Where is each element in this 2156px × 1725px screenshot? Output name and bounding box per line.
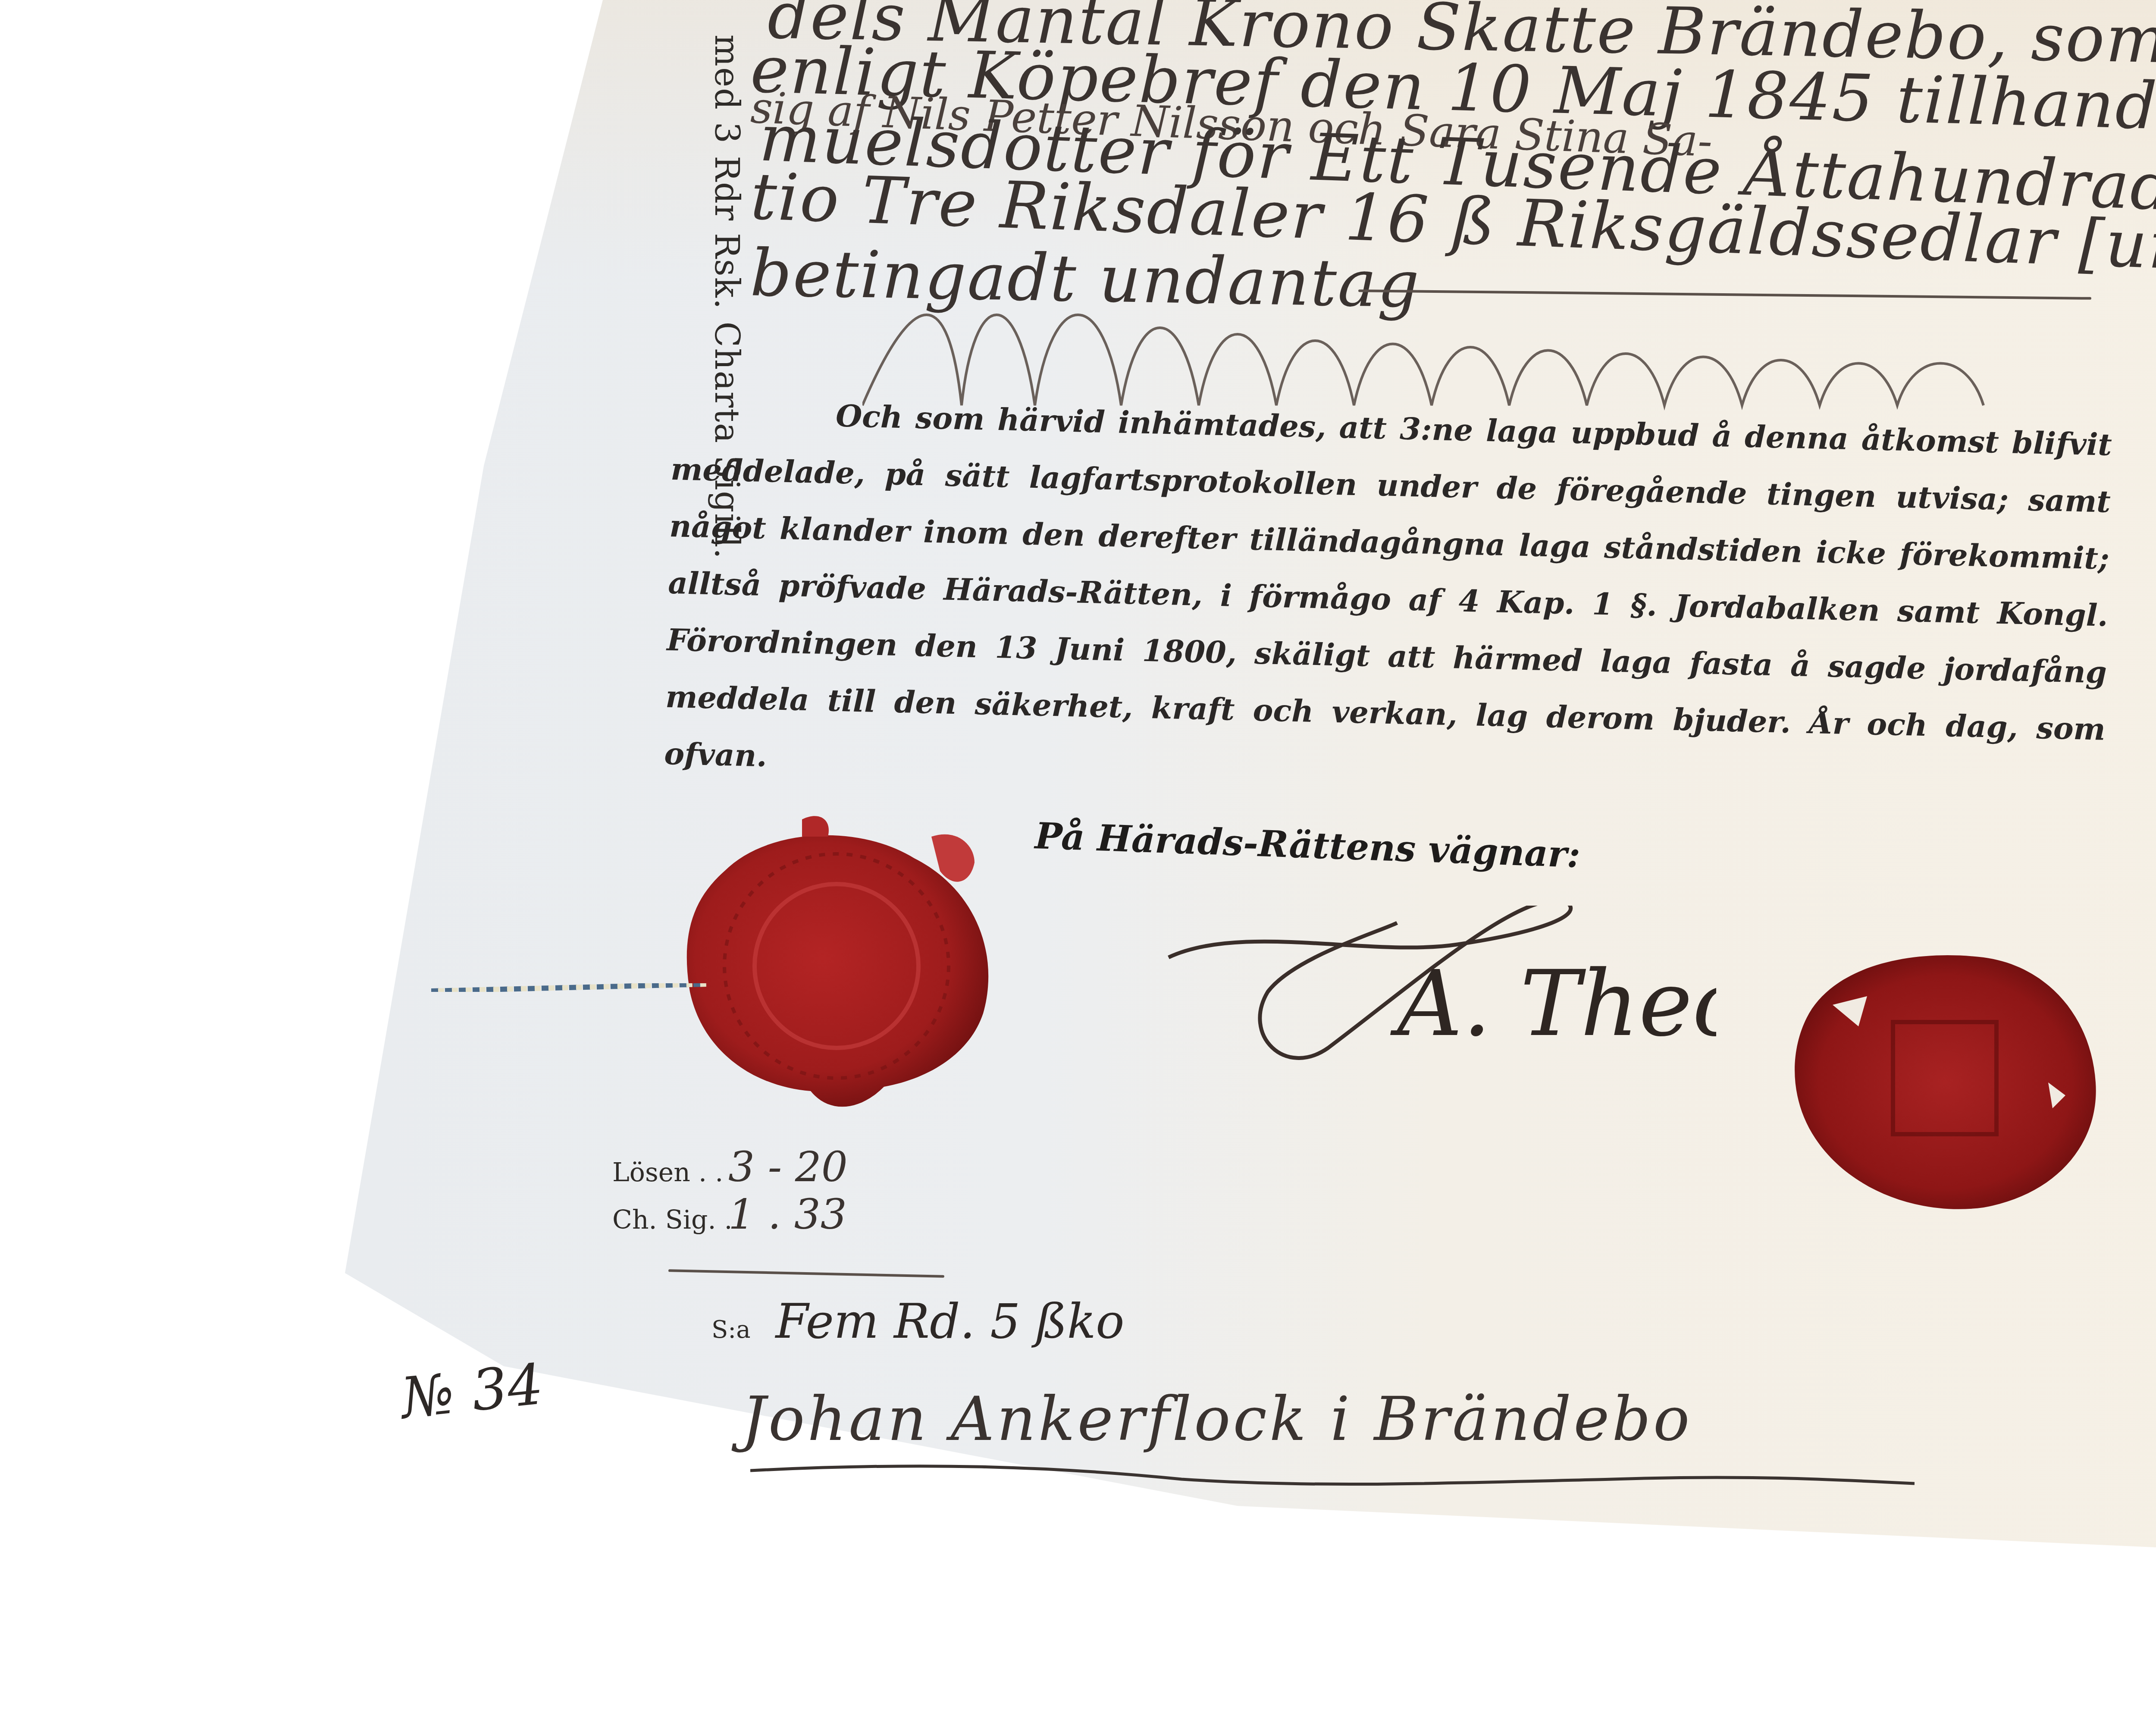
fee-label: Ch. Sig. .	[612, 1205, 711, 1235]
printed-legal-paragraph: Och som härvid inhämtades, att 3:ne laga…	[664, 384, 2112, 815]
owner-name: Johan Ankerflock i Brändebo	[742, 1384, 1692, 1455]
fee-table: Lösen . . 3 - 20 Ch. Sig. . 1 . 33	[612, 1143, 848, 1238]
sum-value: Fem Rd. 5 ßko	[775, 1294, 1124, 1349]
fee-value: 1 . 33	[728, 1190, 847, 1239]
sum-label: S:a	[711, 1316, 751, 1344]
seal-string	[431, 983, 707, 992]
wax-seal-right	[1781, 940, 2109, 1220]
signature-flourish: A. Theorell	[1156, 906, 1716, 1069]
fee-label: Lösen . .	[612, 1157, 711, 1188]
fee-row-charta-sigill: Ch. Sig. . 1 . 33	[612, 1190, 848, 1238]
paragraph-text: Och som härvid inhämtades, att 3:ne laga…	[664, 384, 2112, 815]
signature-name: A. Theorell	[1390, 951, 1716, 1057]
fee-row-losen: Lösen . . 3 - 20	[612, 1143, 848, 1190]
owner-underline	[750, 1462, 1915, 1488]
document-number: № 34	[398, 1351, 546, 1431]
wax-seal-left	[673, 811, 1009, 1113]
fee-value: 3 - 20	[728, 1143, 848, 1191]
sum-row: S:a Fem Rd. 5 ßko	[711, 1294, 1125, 1349]
